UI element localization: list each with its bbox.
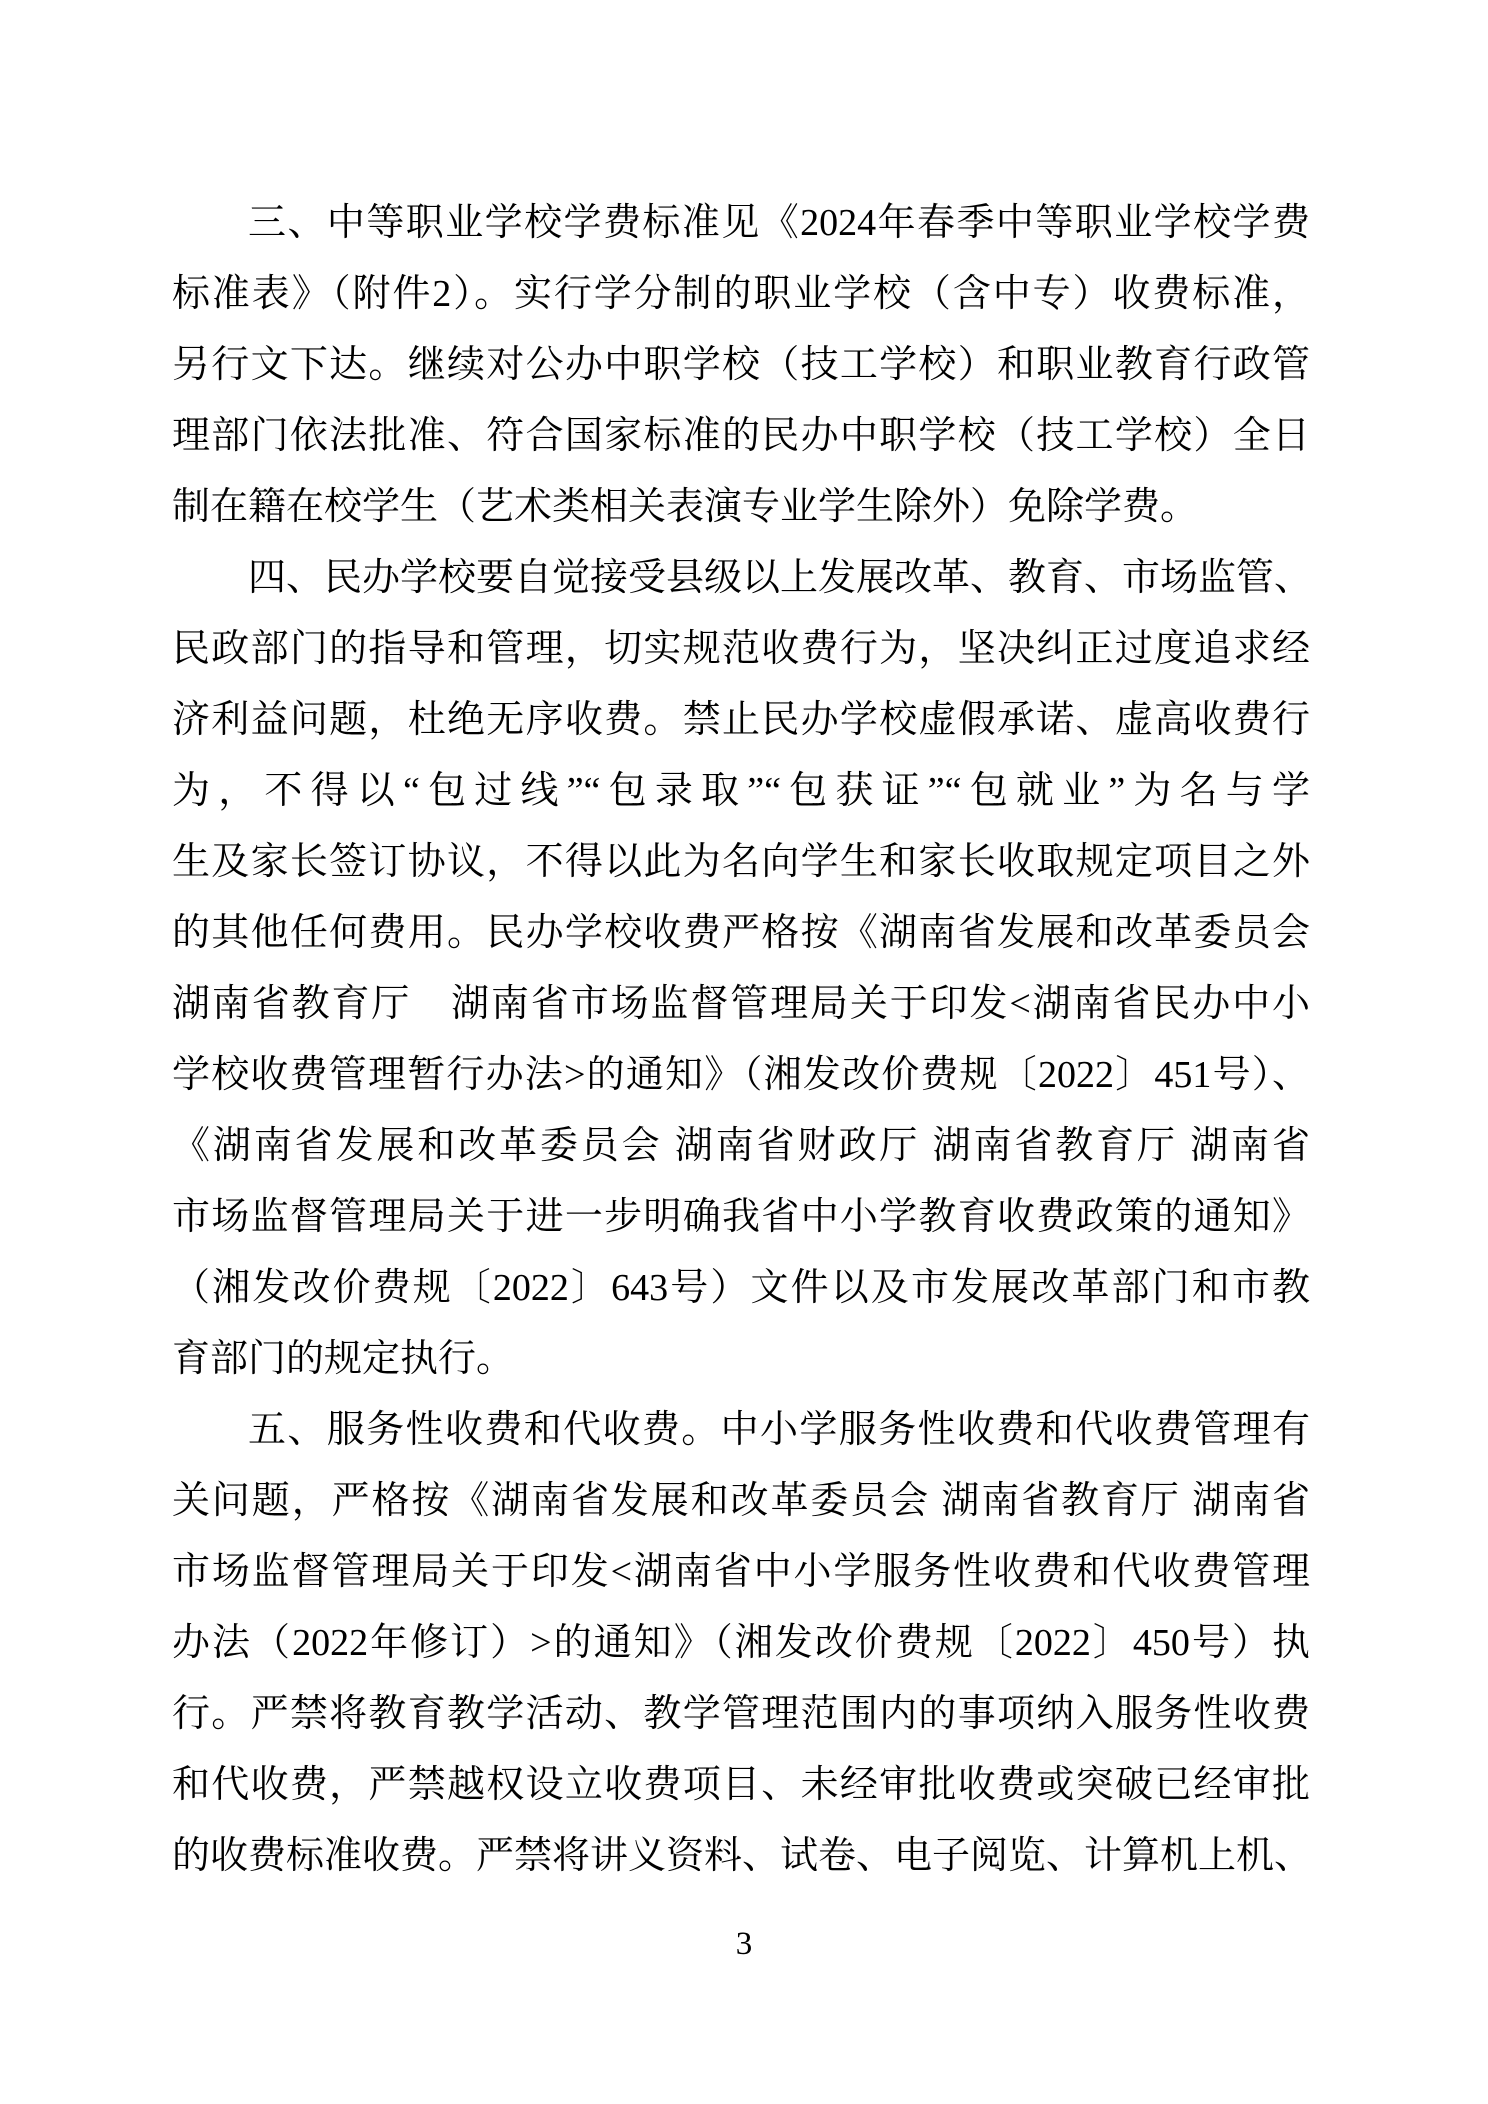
text-line: 行。严禁将教育教学活动、教学管理范围内的事项纳入服务性收费 [172,1679,1310,1750]
text-line: 关问题，严格按《湖南省发展和改革委员会 湖南省教育厅 湖南省 [172,1466,1310,1537]
text-line: （湘发改价费规〔2022〕643号）文件以及市发展改革部门和市教 [172,1253,1310,1324]
text-line: 为，不得以“包过线”“包录取”“包获证”“包就业”为名与学 [172,756,1310,827]
document-body: 三、中等职业学校学费标准见《2024年春季中等职业学校学费标准表》（附件2）。实… [172,188,1310,1892]
text-line: 制在籍在校学生（艺术类相关表演专业学生除外）免除学费。 [172,472,1310,543]
text-line: 三、中等职业学校学费标准见《2024年春季中等职业学校学费 [172,188,1310,259]
text-line: 四、民办学校要自觉接受县级以上发展改革、教育、市场监管、 [172,543,1310,614]
text-line: 生及家长签订协议，不得以此为名向学生和家长收取规定项目之外 [172,827,1310,898]
text-line: 《湖南省发展和改革委员会 湖南省财政厅 湖南省教育厅 湖南省 [172,1111,1310,1182]
text-line: 的收费标准收费。严禁将讲义资料、试卷、电子阅览、计算机上机、 [172,1821,1310,1892]
text-line: 五、服务性收费和代收费。中小学服务性收费和代收费管理有 [172,1395,1310,1466]
text-line: 市场监督管理局关于进一步明确我省中小学教育收费政策的通知》 [172,1182,1310,1253]
text-line: 市场监督管理局关于印发<湖南省中小学服务性收费和代收费管理 [172,1537,1310,1608]
text-line: 湖南省教育厅 湖南省市场监督管理局关于印发<湖南省民办中小 [172,969,1310,1040]
text-line: 育部门的规定执行。 [172,1324,1310,1395]
text-line: 民政部门的指导和管理，切实规范收费行为，坚决纠正过度追求经 [172,614,1310,685]
text-line: 学校收费管理暂行办法>的通知》（湘发改价费规〔2022〕451号）、 [172,1040,1310,1111]
text-line: 另行文下达。继续对公办中职学校（技工学校）和职业教育行政管 [172,330,1310,401]
text-line: 标准表》（附件2）。实行学分制的职业学校（含中专）收费标准， [172,259,1310,330]
text-line: 济利益问题，杜绝无序收费。禁止民办学校虚假承诺、虚高收费行 [172,685,1310,756]
document-page: 三、中等职业学校学费标准见《2024年春季中等职业学校学费标准表》（附件2）。实… [0,0,1488,2104]
text-line: 理部门依法批准、符合国家标准的民办中职学校（技工学校）全日 [172,401,1310,472]
text-line: 的其他任何费用。民办学校收费严格按《湖南省发展和改革委员会 [172,898,1310,969]
text-line: 和代收费，严禁越权设立收费项目、未经审批收费或突破已经审批 [172,1750,1310,1821]
page-number: 3 [0,1922,1488,1966]
text-line: 办法（2022年修订）>的通知》（湘发改价费规〔2022〕450号）执 [172,1608,1310,1679]
